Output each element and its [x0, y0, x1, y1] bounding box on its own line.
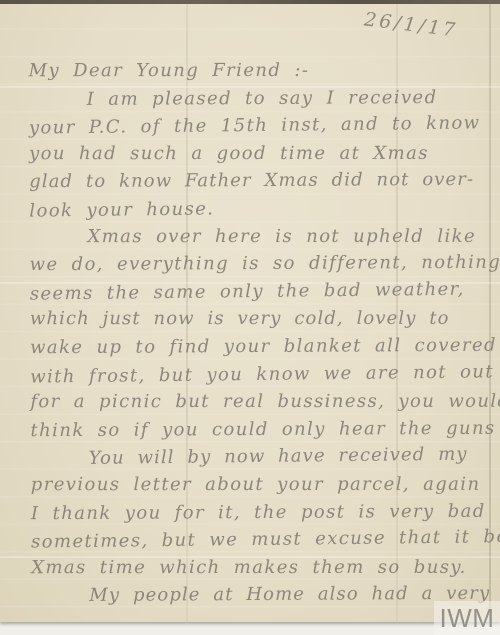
- letter-line: I thank you for it, the post is very bad: [31, 497, 483, 527]
- letter-line: look your house.: [29, 192, 481, 225]
- letter-line: with frost, but you know we are not out: [30, 358, 482, 391]
- letter-line: wake up to find your blanket all covered: [30, 332, 482, 362]
- iwm-watermark: IWM: [434, 601, 500, 635]
- letter-photograph: 26/1/17 My Dear Young Friend :- I am ple…: [0, 0, 500, 635]
- letter-line: for a picnic but real bussiness, you wou…: [30, 388, 482, 416]
- letter-line: you had such a good time at Xmas: [29, 140, 481, 168]
- letter-line: which just now is very cold, lovely to: [30, 305, 482, 333]
- letter-line: previous letter about your parcel, again: [31, 471, 483, 499]
- letter-line: seems the same only the bad weather,: [30, 275, 482, 308]
- letter-line: I am pleased to say I received: [29, 83, 481, 113]
- letter-line: You will by now have received my: [31, 441, 483, 474]
- letter-line: your P.C. of the 15th inst, and to know: [29, 110, 481, 143]
- letter-line: glad to know Father Xmas did not over-: [29, 166, 481, 196]
- letter-line: Xmas over here is not upheld like: [29, 222, 481, 250]
- letter-line: we do, everything is so different, nothi…: [30, 249, 482, 279]
- letter-line: sometimes, but we must excuse that it be…: [31, 524, 483, 557]
- iwm-watermark-label: IWM: [440, 605, 495, 631]
- letter-line-salutation: My Dear Young Friend :-: [29, 57, 481, 85]
- letter-line: think so if you could only hear the guns…: [30, 415, 482, 445]
- letter-line: My people at Home also had a very: [31, 580, 483, 610]
- paper-top-edge-shadow: [0, 0, 500, 4]
- letter-body: My Dear Young Friend :- I am pleased to …: [29, 56, 484, 610]
- letter-line: Xmas time which makes them so busy.: [31, 553, 483, 581]
